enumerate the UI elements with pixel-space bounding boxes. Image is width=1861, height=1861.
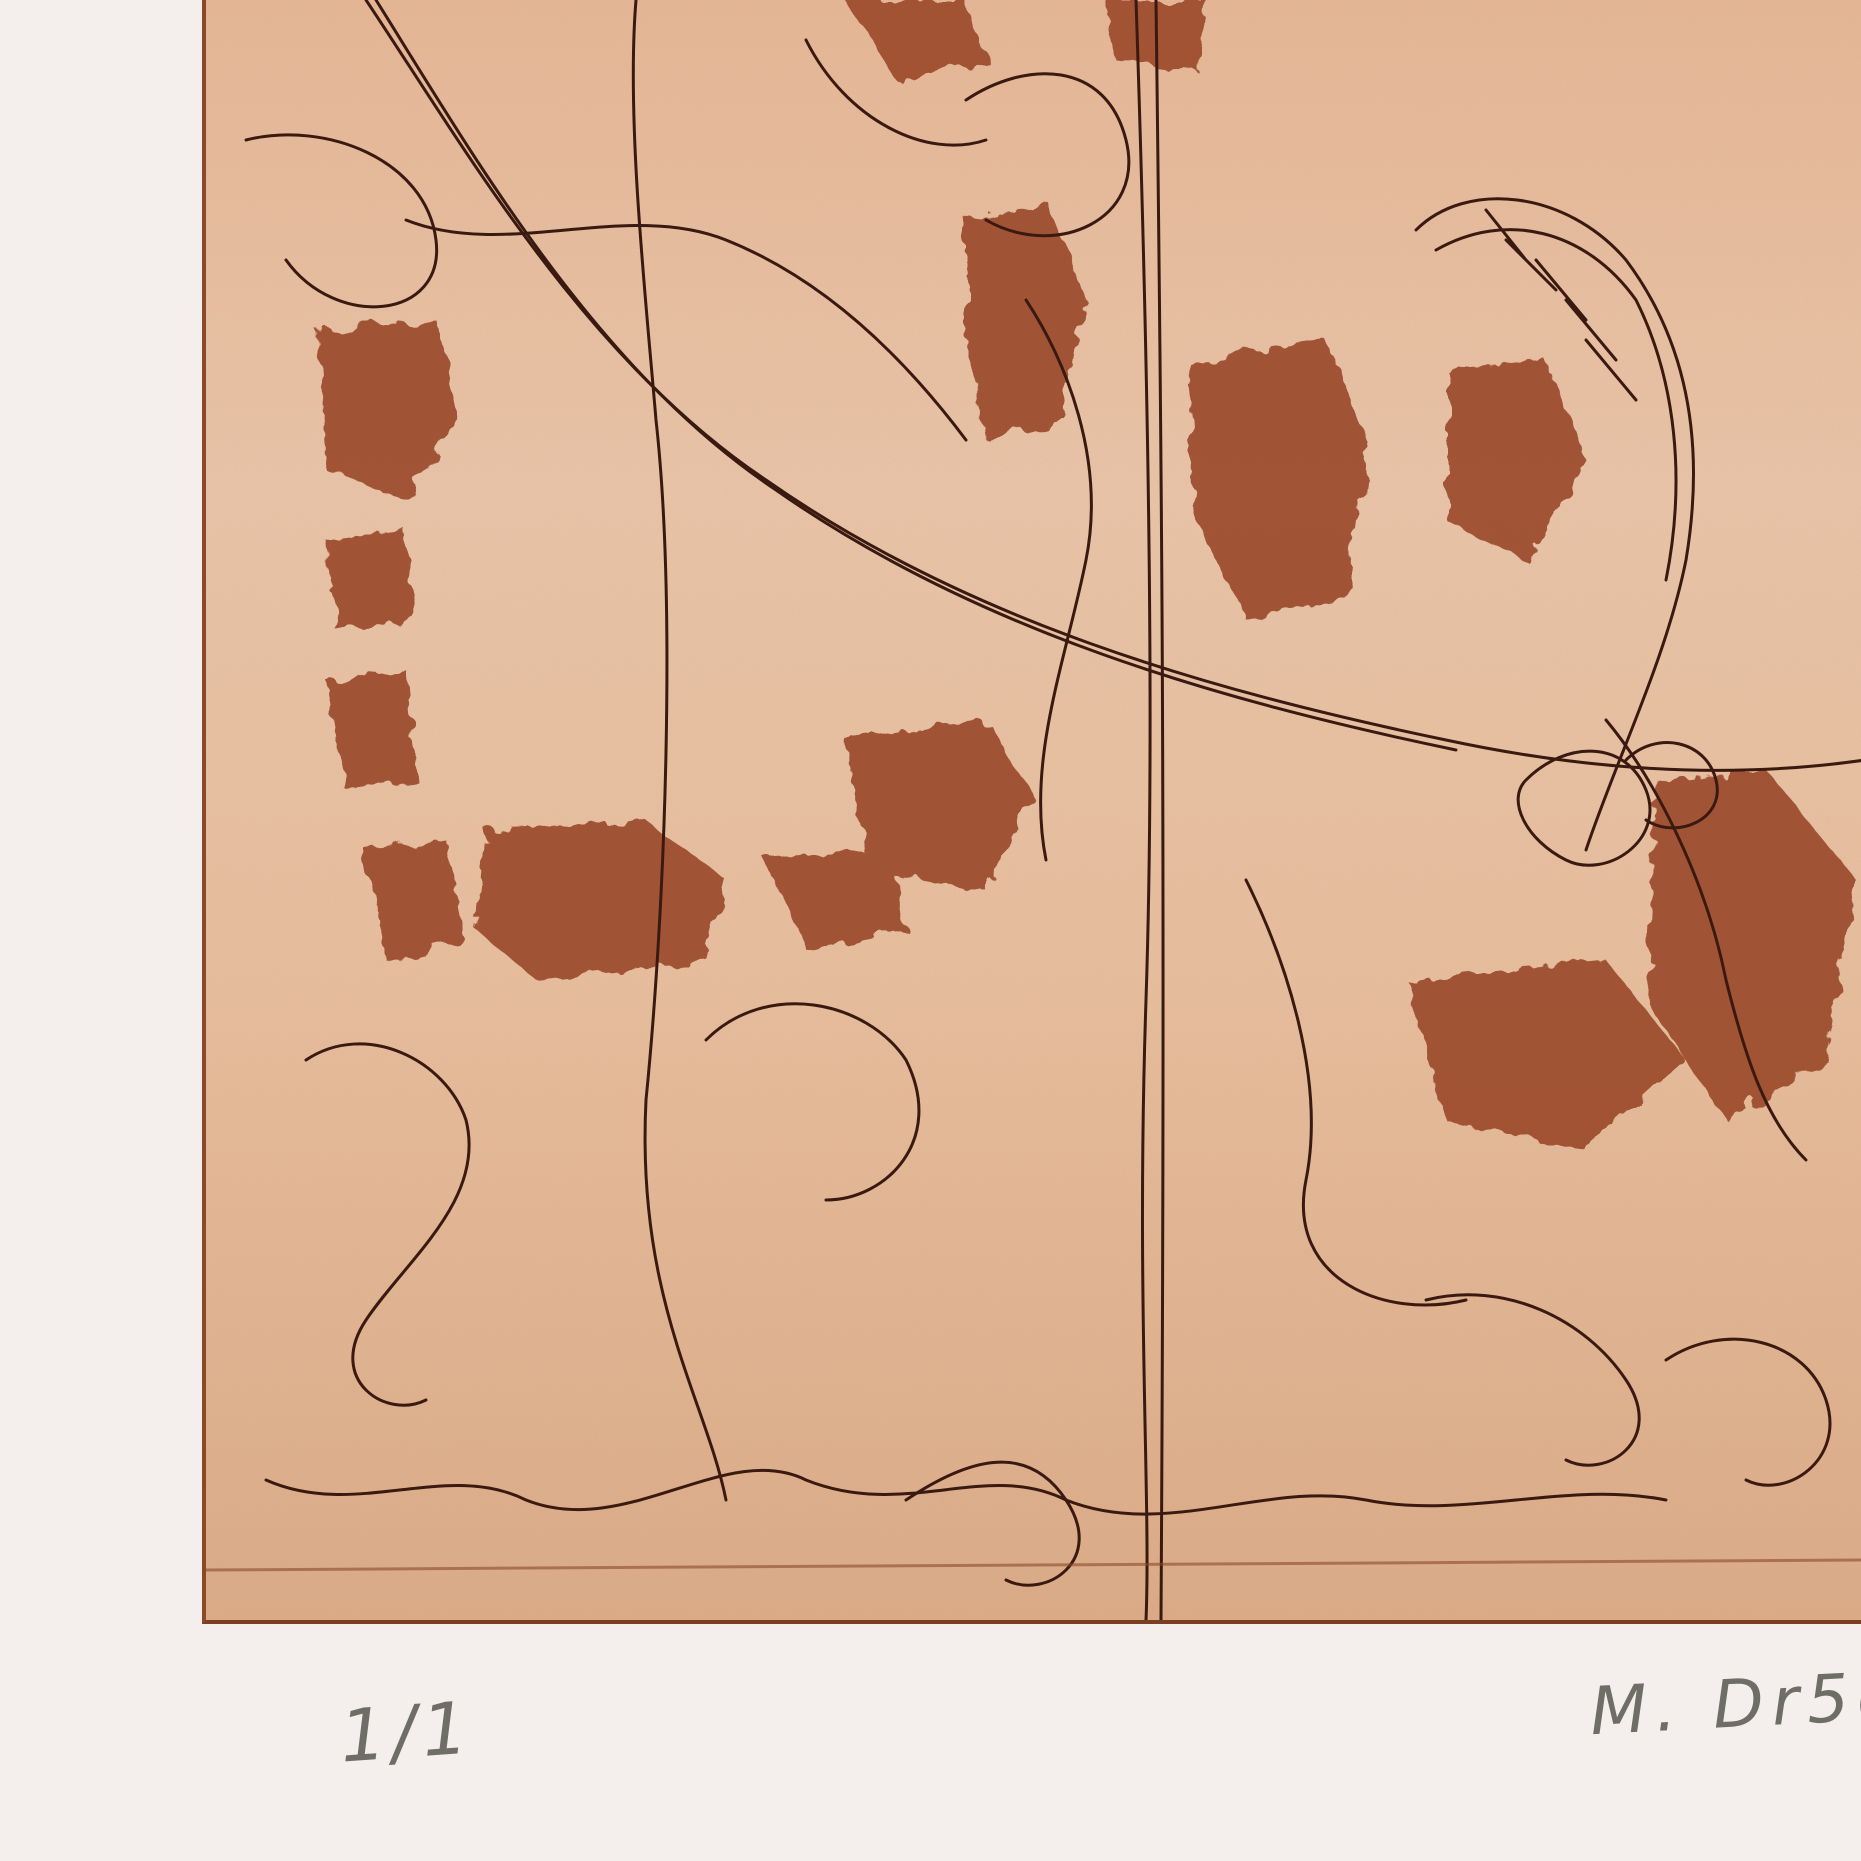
artist-signature: M. Dr5e	[1588, 1657, 1861, 1750]
etching-plate-impression	[202, 0, 1861, 1624]
etching-image	[206, 0, 1861, 1620]
edition-number: 1/1	[337, 1685, 476, 1778]
